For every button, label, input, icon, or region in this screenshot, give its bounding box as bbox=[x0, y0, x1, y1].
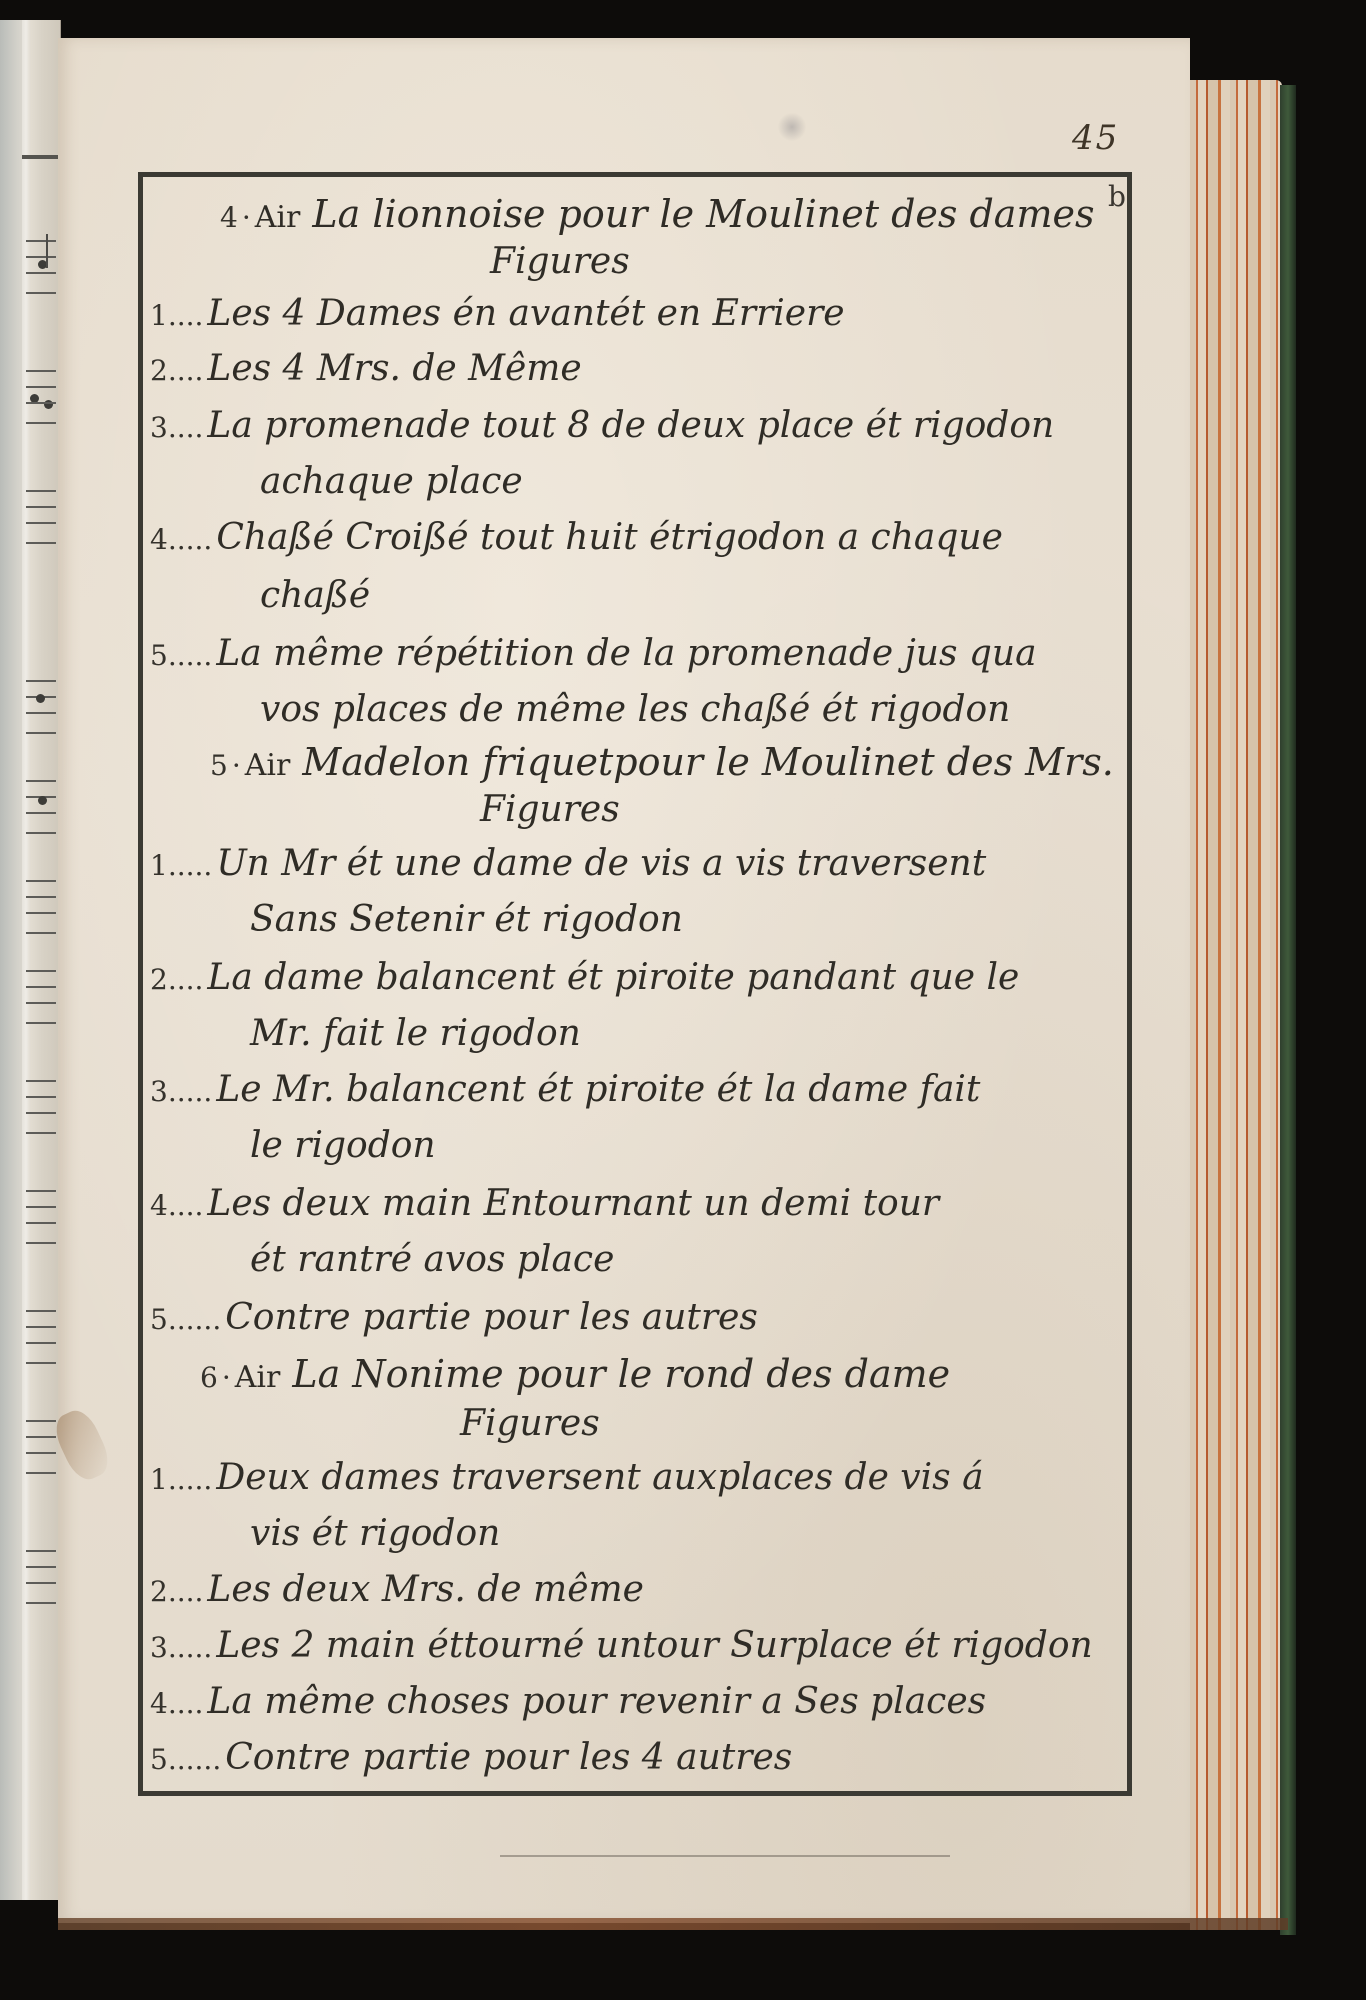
music-staff bbox=[26, 1190, 56, 1244]
figure-text: Les 4 Mrs. de Même bbox=[207, 348, 581, 389]
figure-item: 5......Contre partie pour les autres bbox=[150, 1296, 758, 1342]
music-staff bbox=[26, 1080, 56, 1134]
music-staff bbox=[26, 490, 56, 544]
figure-continuation: Mr. fait le rigodon bbox=[250, 1012, 581, 1056]
section-heading: 6·AirLa Nonime pour le rond des dame bbox=[200, 1352, 950, 1400]
music-staff bbox=[26, 1310, 56, 1364]
air-label: Air bbox=[245, 748, 291, 783]
music-staff bbox=[26, 680, 56, 734]
music-staff bbox=[26, 970, 56, 1024]
air-label: Air bbox=[255, 200, 301, 235]
figure-item: 1.....Un Mr ét une dame de vis a vis tra… bbox=[150, 842, 986, 888]
book-cover-edge bbox=[1280, 85, 1296, 1935]
figure-text: La dame balancent ét piroite pandant que… bbox=[207, 957, 1019, 998]
figure-item: 2....Les 4 Mrs. de Même bbox=[150, 347, 582, 393]
figure-continuation: vis ét rigodon bbox=[250, 1512, 500, 1556]
air-label: Air bbox=[235, 1360, 281, 1395]
figure-text: La même choses pour revenir a Ses places bbox=[207, 1681, 986, 1722]
section-number: 5 bbox=[210, 749, 228, 782]
figure-item: 1.....Deux dames traversent auxplaces de… bbox=[150, 1456, 984, 1502]
figure-item: 4.....Chaßé Croißé tout huit étrigodon a… bbox=[150, 516, 1003, 562]
section-heading: 4·AirLa lionnoise pour le Moulinet des d… bbox=[220, 192, 1094, 240]
figure-continuation: ét rantré avos place bbox=[250, 1238, 614, 1282]
book-fore-edge bbox=[1190, 80, 1282, 1930]
figures-label: Figures bbox=[460, 1402, 600, 1446]
figure-continuation: chaßé bbox=[260, 574, 370, 618]
section-heading: 5·AirMadelon friquetpour le Moulinet des… bbox=[210, 740, 1114, 788]
music-staff bbox=[26, 370, 56, 424]
staff-bracket bbox=[22, 155, 61, 169]
figure-text: Contre partie pour les 4 autres bbox=[225, 1737, 792, 1778]
figure-text: Chaßé Croißé tout huit étrigodon a chaqu… bbox=[216, 517, 1003, 558]
figure-item: 3....La promenade tout 8 de deux place é… bbox=[150, 404, 1054, 450]
section-title: La Nonime pour le rond des dame bbox=[292, 1352, 950, 1396]
figure-item: 2....Les deux Mrs. de même bbox=[150, 1568, 644, 1614]
figure-text: Contre partie pour les autres bbox=[225, 1297, 758, 1338]
figure-text: Les 4 Dames én avantét en Erriere bbox=[207, 293, 844, 334]
faint-ruled-line bbox=[500, 1855, 950, 1857]
figures-label: Figures bbox=[480, 788, 620, 832]
ink-smudge bbox=[778, 112, 806, 142]
figure-item: 5......Contre partie pour les 4 autres bbox=[150, 1736, 792, 1782]
figure-text: Les deux main Entournant un demi tour bbox=[207, 1183, 939, 1224]
figure-continuation: le rigodon bbox=[250, 1124, 436, 1168]
figure-item: 3.....Le Mr. balancent ét piroite ét la … bbox=[150, 1068, 980, 1114]
figure-text: Les 2 main éttourné untour Surplace ét r… bbox=[216, 1625, 1092, 1666]
gutter-fold bbox=[22, 20, 30, 1900]
figure-text: La promenade tout 8 de deux place ét rig… bbox=[207, 405, 1054, 446]
section-number: 6 bbox=[200, 1361, 218, 1394]
music-staff bbox=[26, 780, 56, 834]
figure-text: Un Mr ét une dame de vis a vis traversen… bbox=[216, 843, 986, 884]
figure-continuation: vos places de même les chaßé ét rigodon bbox=[260, 688, 1010, 732]
figure-item: 4....Les deux main Entournant un demi to… bbox=[150, 1182, 939, 1228]
figure-text: Le Mr. balancent ét piroite ét la dame f… bbox=[216, 1069, 980, 1110]
section-title: La lionnoise pour le Moulinet des dames bbox=[312, 192, 1094, 236]
figure-continuation: Sans Setenir ét rigodon bbox=[250, 898, 683, 942]
figure-text: Deux dames traversent auxplaces de vis á bbox=[216, 1457, 983, 1498]
music-staff bbox=[26, 880, 56, 934]
facing-page-music-strip bbox=[0, 20, 61, 1900]
page-bottom-edge bbox=[58, 1918, 1288, 1930]
figure-item: 2....La dame balancent ét piroite pandan… bbox=[150, 956, 1019, 1002]
music-staff bbox=[26, 1420, 56, 1474]
music-staff bbox=[26, 1550, 56, 1604]
section-number: 4 bbox=[220, 201, 238, 234]
section-title: Madelon friquetpour le Moulinet des Mrs. bbox=[302, 740, 1113, 784]
figure-item: 1....Les 4 Dames én avantét en Erriere bbox=[150, 292, 845, 338]
figure-item: 4....La même choses pour revenir a Ses p… bbox=[150, 1680, 986, 1726]
figure-text: Les deux Mrs. de même bbox=[207, 1569, 644, 1610]
figures-label: Figures bbox=[490, 240, 630, 284]
music-staff bbox=[26, 240, 56, 294]
figure-item: 5.....La même répétition de la promenade… bbox=[150, 632, 1037, 678]
page-number: 45 bbox=[1072, 118, 1119, 158]
figure-text: La même répétition de la promenade jus q… bbox=[216, 633, 1036, 674]
figure-item: 3.....Les 2 main éttourné untour Surplac… bbox=[150, 1624, 1093, 1670]
figure-continuation: achaque place bbox=[260, 460, 523, 504]
